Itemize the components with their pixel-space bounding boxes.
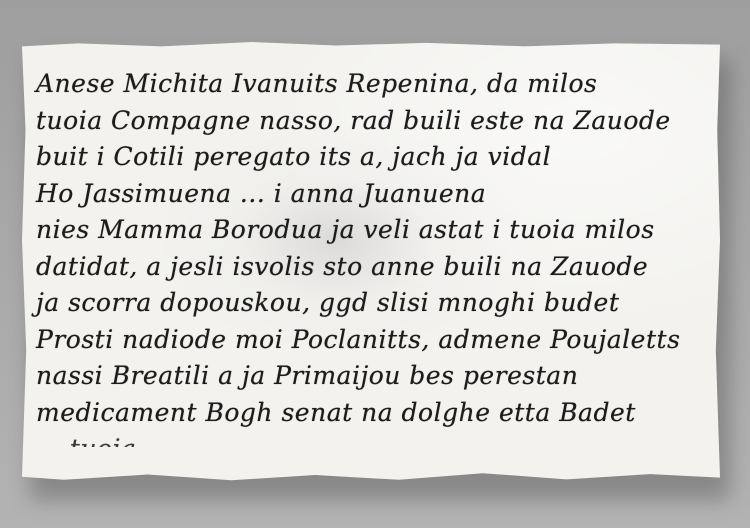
text-line: nassi Breatili a ja Primaijou bes perest… [36, 358, 716, 395]
letter-paper: Anese Michita Ivanuits Repenina, da milo… [22, 42, 720, 482]
text-line: Ho Jassimuena ... i anna Juanuena [36, 176, 716, 213]
text-line: buit i Cotili peregato its a, jach ja vi… [36, 139, 716, 176]
text-line: ja scorra dopouskou, ggd slisi mnoghi bu… [36, 285, 716, 322]
text-line-cut-off: ... tuoia ... [36, 431, 716, 447]
text-line: tuoia Compagne nasso, rad buili este na … [36, 103, 716, 140]
text-line: Anese Michita Ivanuits Repenina, da milo… [36, 66, 716, 103]
handwritten-text: Anese Michita Ivanuits Repenina, da milo… [36, 66, 716, 447]
text-line: medicament Bogh senat na dolghe etta Bad… [36, 395, 716, 432]
text-line: datidat, a jesli isvolis sto anne buili … [36, 249, 716, 286]
text-line: Prosti nadiode moi Poclanitts, admene Po… [36, 322, 716, 359]
text-line: nies Mamma Borodua ja veli astat i tuoia… [36, 212, 716, 249]
